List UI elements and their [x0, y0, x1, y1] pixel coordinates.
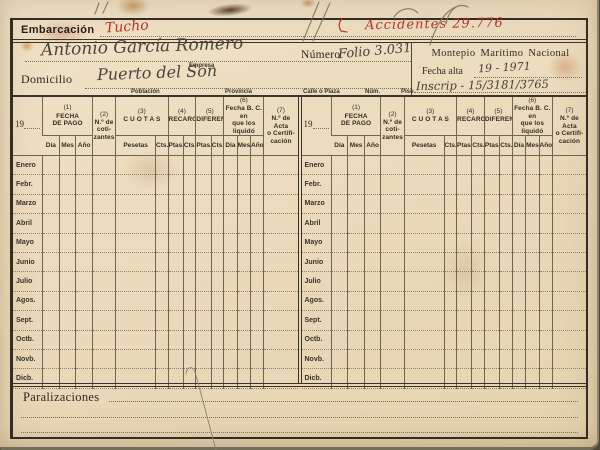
empty-cell — [211, 330, 224, 349]
empty-cell — [59, 194, 76, 213]
empty-cell — [211, 156, 224, 175]
empty-cell — [43, 156, 60, 175]
empty-cell — [92, 349, 115, 368]
empty-cell — [183, 175, 196, 194]
empty-cell — [539, 214, 552, 233]
empty-cell — [116, 175, 156, 194]
empty-cell — [76, 330, 93, 349]
empty-cell — [552, 311, 586, 330]
empty-cell — [472, 175, 485, 194]
empty-cell — [331, 311, 348, 330]
domicilio-label: Domicilio — [21, 72, 72, 87]
empty-cell — [552, 252, 586, 271]
empty-cell — [264, 330, 298, 349]
empty-cell — [237, 175, 250, 194]
empty-cell — [539, 330, 552, 349]
empty-cell — [444, 233, 457, 252]
empty-cell — [348, 194, 365, 213]
year-header-cell: 19 — [302, 97, 332, 156]
empty-cell — [224, 233, 237, 252]
col-header-acta: (7)N.º de Acta o Certifi- cación — [552, 97, 586, 156]
empty-cell — [381, 175, 404, 194]
empty-cell — [331, 291, 348, 310]
embarcacion-row: Embarcación Tucho Accidentes 29.776 — [13, 20, 586, 39]
empty-cell — [168, 175, 183, 194]
empty-cell — [539, 252, 552, 271]
empty-cell — [59, 214, 76, 233]
empty-cell — [457, 175, 472, 194]
empty-cell — [404, 272, 444, 291]
empty-cell — [59, 291, 76, 310]
month-label: Marzo — [13, 194, 43, 213]
month-row: Mayo — [302, 233, 587, 252]
month-label: Sept. — [13, 311, 43, 330]
empty-cell — [76, 252, 93, 271]
empty-cell — [264, 194, 298, 213]
col-header-cotizantes: (2)N.º de coti- zantes — [381, 97, 404, 156]
empty-cell — [211, 214, 224, 233]
empty-cell — [331, 252, 348, 271]
empty-cell — [526, 156, 539, 175]
empty-cell — [183, 291, 196, 310]
paralizaciones-label: Paralizaciones — [23, 390, 99, 405]
sub-ano: Año — [251, 136, 264, 156]
empty-cell — [472, 349, 485, 368]
sub-mes: Mes — [59, 136, 76, 156]
montepio-info-box: Montepio Marítimo Nacional Fecha alta 19… — [411, 43, 589, 95]
paralizaciones-section: Paralizaciones — [13, 387, 586, 437]
card-frame: Embarcación Tucho Accidentes 29.776 Anto… — [10, 18, 588, 439]
payments-table: 19 (1)FECHA DE PAGO (2)N.º de coti- zant… — [13, 97, 298, 389]
empty-cell — [472, 311, 485, 330]
empty-cell — [224, 194, 237, 213]
empty-cell — [237, 311, 250, 330]
sub-dia: Día — [224, 136, 237, 156]
empty-cell — [364, 214, 381, 233]
empty-cell — [404, 349, 444, 368]
empty-cell — [264, 272, 298, 291]
pencil-curve — [394, 9, 418, 17]
month-row: Sept. — [13, 311, 298, 330]
empty-cell — [381, 349, 404, 368]
empty-cell — [331, 330, 348, 349]
empty-cell — [251, 349, 264, 368]
empty-cell — [484, 291, 499, 310]
sub-ano: Año — [76, 136, 93, 156]
empty-cell — [183, 252, 196, 271]
empty-cell — [251, 330, 264, 349]
empty-cell — [196, 252, 211, 271]
empty-cell — [512, 194, 525, 213]
empty-cell — [512, 156, 525, 175]
sub-dia: Día — [512, 136, 525, 156]
empty-cell — [526, 272, 539, 291]
empty-cell — [500, 194, 513, 213]
empty-cell — [156, 291, 169, 310]
month-label: Junio — [13, 252, 43, 271]
month-row: Agos. — [13, 291, 298, 310]
empty-cell — [484, 349, 499, 368]
empty-cell — [552, 233, 586, 252]
month-row: Sept. — [302, 311, 587, 330]
empty-cell — [512, 214, 525, 233]
paralizaciones-dotted-line — [21, 417, 578, 418]
empty-cell — [76, 349, 93, 368]
empty-cell — [92, 252, 115, 271]
empty-cell — [156, 252, 169, 271]
inscripcion-dotted-line — [414, 92, 586, 93]
empty-cell — [331, 194, 348, 213]
empty-cell — [43, 272, 60, 291]
empty-cell — [43, 214, 60, 233]
sub-mes: Mes — [348, 136, 365, 156]
empty-cell — [484, 330, 499, 349]
empty-cell — [444, 291, 457, 310]
empty-cell — [156, 349, 169, 368]
month-label: Febr. — [302, 175, 332, 194]
empty-cell — [264, 291, 298, 310]
empty-cell — [331, 175, 348, 194]
domicilio-handwriting: Puerto del Son — [97, 61, 218, 84]
empty-cell — [116, 272, 156, 291]
empty-cell — [331, 156, 348, 175]
empty-cell — [500, 349, 513, 368]
empty-cell — [348, 156, 365, 175]
empty-cell — [76, 194, 93, 213]
empty-cell — [264, 349, 298, 368]
empty-cell — [116, 252, 156, 271]
empty-cell — [211, 311, 224, 330]
empty-cell — [457, 291, 472, 310]
empty-cell — [457, 272, 472, 291]
empty-cell — [116, 330, 156, 349]
col-header-recargo: (4)RECARGO — [168, 97, 196, 136]
identification-block: Antonio García Romero Empresa Número Fol… — [13, 43, 586, 95]
empty-cell — [512, 330, 525, 349]
ink-smudge — [207, 2, 252, 19]
empty-cell — [196, 175, 211, 194]
empty-cell — [348, 311, 365, 330]
empty-cell — [92, 175, 115, 194]
empty-cell — [457, 214, 472, 233]
empty-cell — [183, 349, 196, 368]
empty-cell — [264, 156, 298, 175]
col-header-diferencia: (5)DIFERENCIA — [196, 97, 224, 136]
sub-ptas: Ptas. — [196, 136, 211, 156]
empty-cell — [512, 311, 525, 330]
empty-cell — [168, 349, 183, 368]
empty-cell — [552, 214, 586, 233]
month-row: Junio — [302, 252, 587, 271]
empty-cell — [364, 233, 381, 252]
empty-cell — [364, 311, 381, 330]
col-header-fecha-bc: (6)Fecha B. C. en que los liquidó — [224, 97, 264, 136]
stain — [116, 0, 150, 16]
empty-cell — [168, 272, 183, 291]
poblacion-label: Población — [131, 89, 160, 95]
empty-cell — [92, 272, 115, 291]
empty-cell — [264, 311, 298, 330]
empty-cell — [331, 233, 348, 252]
empty-cell — [472, 252, 485, 271]
empty-cell — [59, 175, 76, 194]
empty-cell — [251, 214, 264, 233]
empty-cell — [168, 252, 183, 271]
empty-cell — [404, 214, 444, 233]
empty-cell — [381, 252, 404, 271]
month-row: Abril — [13, 214, 298, 233]
empty-cell — [168, 291, 183, 310]
sub-dia: Día — [331, 136, 348, 156]
empty-cell — [484, 272, 499, 291]
montepio-title: Montepio Marítimo Nacional — [412, 48, 589, 59]
empty-cell — [116, 311, 156, 330]
folio-number-handwriting: Folio 3.031 — [337, 41, 412, 62]
empty-cell — [92, 156, 115, 175]
empty-cell — [381, 272, 404, 291]
empty-cell — [237, 156, 250, 175]
empty-cell — [251, 194, 264, 213]
empty-cell — [251, 272, 264, 291]
empty-cell — [512, 291, 525, 310]
empty-cell — [211, 233, 224, 252]
col-header-cuotas: (3)C U O T A S — [116, 97, 168, 136]
sub-ano: Año — [364, 136, 381, 156]
empty-cell — [404, 252, 444, 271]
empty-cell — [526, 194, 539, 213]
paralizaciones-dotted-line — [21, 432, 578, 433]
empty-cell — [484, 156, 499, 175]
empty-cell — [183, 311, 196, 330]
empty-cell — [43, 311, 60, 330]
month-label: Marzo — [302, 194, 332, 213]
empty-cell — [512, 252, 525, 271]
empty-cell — [457, 194, 472, 213]
empty-cell — [526, 252, 539, 271]
embarcacion-label: Embarcación — [21, 25, 94, 37]
fecha-alta-handwriting: 19 - 1971 — [478, 60, 531, 76]
paralizaciones-dotted-line — [109, 401, 578, 402]
month-label: Agos. — [13, 291, 43, 310]
empty-cell — [59, 233, 76, 252]
empty-cell — [512, 233, 525, 252]
empty-cell — [168, 233, 183, 252]
month-row: Enero — [13, 156, 298, 175]
empty-cell — [364, 252, 381, 271]
sub-cts: Cts. — [211, 136, 224, 156]
empty-cell — [224, 330, 237, 349]
payments-table: 19 (1)FECHA DE PAGO (2)N.º de coti- zant… — [302, 97, 587, 389]
empty-cell — [526, 291, 539, 310]
empty-cell — [76, 214, 93, 233]
fecha-alta-label: Fecha alta — [422, 66, 463, 77]
sub-cts: Cts. — [156, 136, 169, 156]
scanned-card-scene: Embarcación Tucho Accidentes 29.776 Anto… — [0, 0, 600, 450]
empty-cell — [59, 156, 76, 175]
empty-cell — [552, 349, 586, 368]
empty-cell — [92, 330, 115, 349]
empty-cell — [196, 156, 211, 175]
table-half-right: 19 (1)FECHA DE PAGO (2)N.º de coti- zant… — [302, 97, 587, 383]
empty-cell — [156, 194, 169, 213]
empty-cell — [539, 311, 552, 330]
month-label: Junio — [302, 252, 332, 271]
empty-cell — [444, 272, 457, 291]
empty-cell — [92, 291, 115, 310]
empty-cell — [196, 194, 211, 213]
empty-cell — [224, 252, 237, 271]
empty-cell — [512, 349, 525, 368]
empty-cell — [116, 214, 156, 233]
empty-cell — [43, 291, 60, 310]
empty-cell — [539, 156, 552, 175]
month-label: Agos. — [302, 291, 332, 310]
month-row: Octb. — [13, 330, 298, 349]
empty-cell — [539, 272, 552, 291]
empty-cell — [381, 311, 404, 330]
empty-cell — [43, 252, 60, 271]
sub-dia: Día — [43, 136, 60, 156]
month-label: Abril — [13, 214, 43, 233]
empty-cell — [404, 311, 444, 330]
inscripcion-handwriting: Inscrip - 15/3181/3765 — [416, 77, 549, 93]
empty-cell — [183, 156, 196, 175]
empty-cell — [348, 233, 365, 252]
empty-cell — [381, 233, 404, 252]
empty-cell — [348, 175, 365, 194]
empty-cell — [331, 214, 348, 233]
empty-cell — [472, 291, 485, 310]
empty-cell — [539, 349, 552, 368]
empty-cell — [224, 311, 237, 330]
empty-cell — [43, 194, 60, 213]
empty-cell — [457, 311, 472, 330]
empty-cell — [183, 194, 196, 213]
empty-cell — [43, 233, 60, 252]
empty-cell — [381, 291, 404, 310]
month-row: Marzo — [302, 194, 587, 213]
empty-cell — [539, 291, 552, 310]
sub-ptas: Ptas. — [457, 136, 472, 156]
empty-cell — [331, 349, 348, 368]
empty-cell — [364, 291, 381, 310]
sub-ano: Año — [539, 136, 552, 156]
empty-cell — [457, 330, 472, 349]
month-row: Febr. — [302, 175, 587, 194]
empty-cell — [404, 233, 444, 252]
empty-cell — [92, 311, 115, 330]
col-header-cotizantes: (2)N.º de coti- zantes — [92, 97, 115, 156]
empty-cell — [348, 330, 365, 349]
sub-cts: Cts. — [444, 136, 457, 156]
empty-cell — [331, 272, 348, 291]
month-label: Julio — [302, 272, 332, 291]
stain — [300, 0, 316, 8]
empty-cell — [484, 175, 499, 194]
month-row: Mayo — [13, 233, 298, 252]
empty-cell — [539, 175, 552, 194]
empty-cell — [59, 272, 76, 291]
empty-cell — [364, 349, 381, 368]
empty-cell — [59, 252, 76, 271]
empty-cell — [500, 291, 513, 310]
col-header-acta: (7)N.º de Acta o Certifi- cación — [264, 97, 298, 156]
empty-cell — [116, 349, 156, 368]
empty-cell — [211, 194, 224, 213]
pencil-tick — [103, 2, 108, 13]
empty-cell — [381, 214, 404, 233]
empty-cell — [59, 311, 76, 330]
empty-cell — [472, 194, 485, 213]
table-half-left: 19 (1)FECHA DE PAGO (2)N.º de coti- zant… — [13, 97, 298, 383]
empty-cell — [168, 194, 183, 213]
month-row: Junio — [13, 252, 298, 271]
empty-cell — [251, 311, 264, 330]
empty-cell — [264, 175, 298, 194]
empty-cell — [512, 175, 525, 194]
empty-cell — [196, 349, 211, 368]
empty-cell — [237, 214, 250, 233]
empty-cell — [76, 175, 93, 194]
col-header-fecha-bc: (6)Fecha B. C. en que los liquidó — [512, 97, 552, 136]
col-header-cuotas: (3)C U O T A S — [404, 97, 456, 136]
month-label: Sept. — [302, 311, 332, 330]
empty-cell — [196, 311, 211, 330]
empty-cell — [348, 214, 365, 233]
empty-cell — [237, 291, 250, 310]
month-label: Febr. — [13, 175, 43, 194]
sub-cts: Cts. — [183, 136, 196, 156]
empty-cell — [500, 214, 513, 233]
empty-cell — [484, 252, 499, 271]
month-row: Novb. — [13, 349, 298, 368]
empty-cell — [348, 272, 365, 291]
empty-cell — [211, 252, 224, 271]
sub-cts: Cts. — [472, 136, 485, 156]
payments-table-zone: 19 (1)FECHA DE PAGO (2)N.º de coti- zant… — [13, 97, 586, 383]
empty-cell — [484, 214, 499, 233]
empty-cell — [156, 311, 169, 330]
month-label: Octb. — [13, 330, 43, 349]
col-header-fecha-pago: (1)FECHA DE PAGO — [43, 97, 93, 136]
empty-cell — [500, 272, 513, 291]
empty-cell — [552, 291, 586, 310]
num-label: Núm. — [365, 89, 380, 95]
empty-cell — [404, 330, 444, 349]
empty-cell — [237, 194, 250, 213]
empty-cell — [183, 272, 196, 291]
sub-cts: Cts. — [500, 136, 513, 156]
sub-ptas: Ptas. — [168, 136, 183, 156]
empty-cell — [500, 156, 513, 175]
empty-cell — [211, 349, 224, 368]
empty-cell — [364, 175, 381, 194]
empty-cell — [116, 194, 156, 213]
empty-cell — [444, 252, 457, 271]
empty-cell — [59, 349, 76, 368]
col-header-diferencia: (5)DIFERENCIA — [484, 97, 512, 136]
empty-cell — [457, 252, 472, 271]
empty-cell — [500, 175, 513, 194]
sub-mes: Mes — [526, 136, 539, 156]
empty-cell — [156, 272, 169, 291]
month-row: Enero — [302, 156, 587, 175]
empty-cell — [116, 291, 156, 310]
empty-cell — [156, 175, 169, 194]
empty-cell — [156, 233, 169, 252]
empty-cell — [444, 156, 457, 175]
empty-cell — [484, 194, 499, 213]
